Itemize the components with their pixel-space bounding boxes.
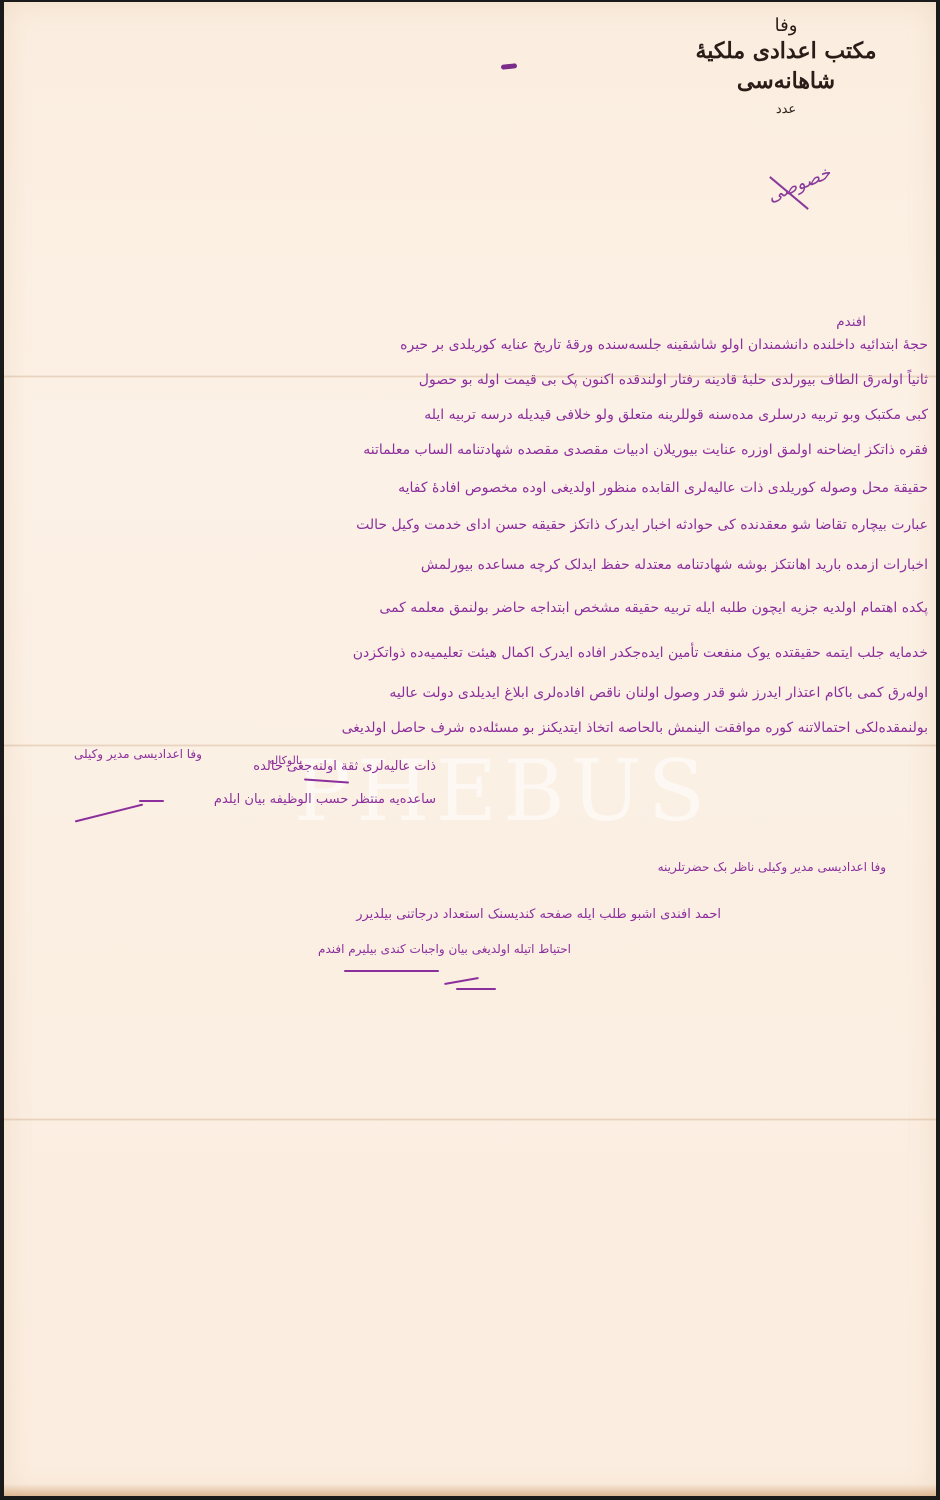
signature-stroke xyxy=(344,970,439,972)
body-line: پکده اهتمام اولدیه جزیه ایچون طلبه ایله … xyxy=(379,600,928,616)
body-line: بولنمقده‌لکی احتمالاتنه کوره موافقت الین… xyxy=(342,720,928,736)
body-line: ثانیاً اوله‌رق الطاف بیورلدی حلبهٔ قادین… xyxy=(419,372,928,388)
ink-mark xyxy=(501,63,517,70)
closing-line: ساعده‌یه منتظر حسب الوظیفه بیان ایلدم xyxy=(214,792,436,807)
body-line: کبی مکتبک وبو تربیه درسلری مده‌سنه قوللر… xyxy=(424,407,928,423)
body-line: اوله‌رق کمی باکام اعتذار ایدرز شو قدر وص… xyxy=(389,685,928,701)
postscript-line: احمد افندی اشبو طلب ایله صفحه کندیسنک اس… xyxy=(356,907,721,922)
body-line: خدمایه جلب ایتمه حقیقتده یوک منفعت تأمین… xyxy=(353,645,928,661)
paper-edge-stain xyxy=(4,1484,936,1496)
signature-stroke xyxy=(75,804,143,823)
body-line: اخبارات ازمده بارید اهانتکز بوشه شهادتنا… xyxy=(421,557,928,573)
letterhead-top-word: وفا xyxy=(676,16,896,36)
body-line: حقیقة محل وصوله کوریلدی ذات عالیه‌لری ال… xyxy=(398,480,928,496)
body-line: فقره ذاتکز ایضاحنه اولمق اوزره عنایت بیو… xyxy=(363,442,928,458)
postscript-line: وفا اعدادیسی مدیر وکیلی ناظر بک حضرتلرین… xyxy=(658,860,886,874)
signature-stroke xyxy=(456,988,496,990)
letterhead-number-label: عدد xyxy=(676,102,896,117)
watermark: PHEBUS xyxy=(294,742,711,840)
postscript-line: احتیاط اتیله اولدیغی بیان واجبات کندی بی… xyxy=(318,942,571,956)
document-page: وفا مکتب اعدادی ملکیهٔ شاهانه‌سی عدد خصو… xyxy=(4,2,936,1496)
letterhead: وفا مکتب اعدادی ملکیهٔ شاهانه‌سی عدد xyxy=(676,16,896,117)
letterhead-institution: مکتب اعدادی ملکیهٔ شاهانه‌سی xyxy=(676,36,896,96)
body-line: حجۀ ابتدائیه داخلنده دانشمندان اولو شاشق… xyxy=(400,337,928,353)
signature-proxy-note: بالوکاله xyxy=(269,754,302,767)
signature-stroke xyxy=(444,977,479,985)
body-line: عبارت بیچاره تقاضا شو معقدنده کی حوادثه … xyxy=(356,517,928,533)
salutation: افندم xyxy=(836,314,866,330)
fold-line xyxy=(4,1118,936,1121)
signature-title: وفا اعدادیسی مدیر وکیلی xyxy=(74,747,202,761)
signature-stroke xyxy=(139,800,164,802)
